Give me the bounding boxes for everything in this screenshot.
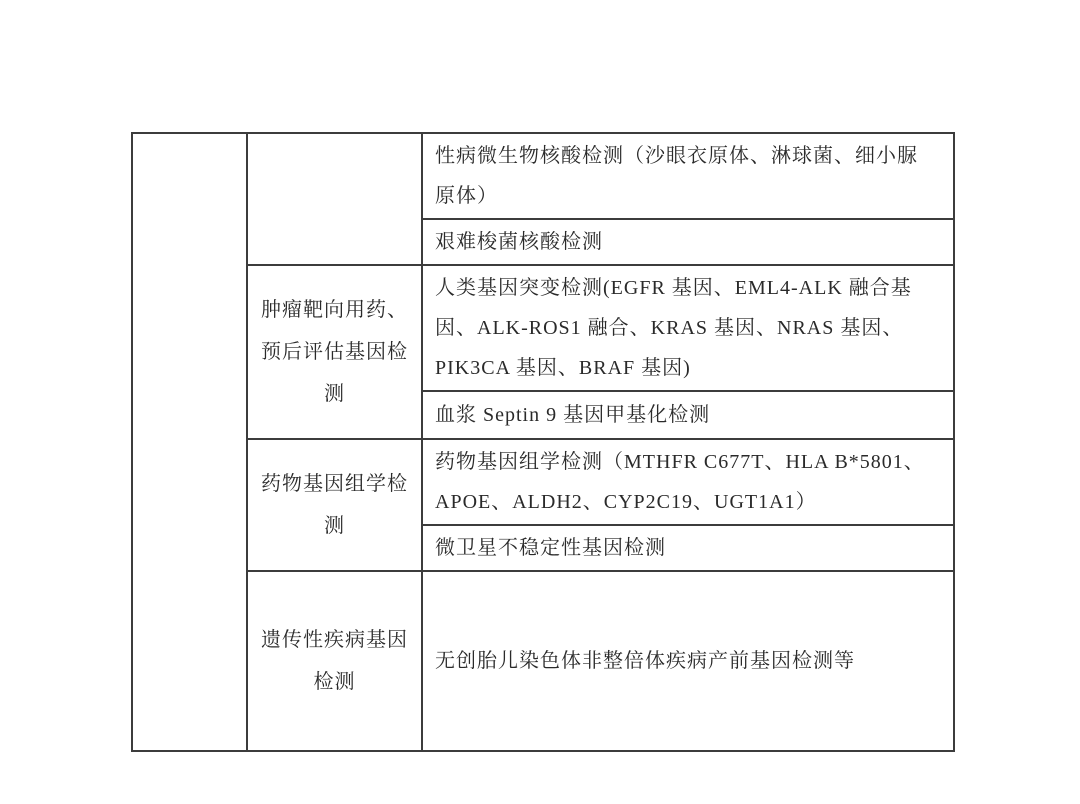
test-item-cell: 血浆 Septin 9 基因甲基化检测 <box>422 391 954 439</box>
gene-testing-table: 性病微生物核酸检测（沙眼衣原体、淋球菌、细小脲原体） 艰难梭菌核酸检测 肿瘤靶向… <box>131 132 955 752</box>
category-cell-tumor-targeted: 肿瘤靶向用药、预后评估基因检测 <box>247 265 422 439</box>
category-cell-hereditary-disease: 遗传性疾病基因检测 <box>247 571 422 751</box>
table-row: 药物基因组学检测 药物基因组学检测（MTHFR C677T、HLA B*5801… <box>132 439 954 525</box>
category-cell-continued <box>247 133 422 265</box>
test-item-cell: 药物基因组学检测（MTHFR C677T、HLA B*5801、APOE、ALD… <box>422 439 954 525</box>
document-page: 性病微生物核酸检测（沙眼衣原体、淋球菌、细小脲原体） 艰难梭菌核酸检测 肿瘤靶向… <box>0 0 1080 804</box>
test-item-cell: 性病微生物核酸检测（沙眼衣原体、淋球菌、细小脲原体） <box>422 133 954 219</box>
test-item-cell: 人类基因突变检测(EGFR 基因、EML4-ALK 融合基因、ALK-ROS1 … <box>422 265 954 391</box>
table-row: 性病微生物核酸检测（沙眼衣原体、淋球菌、细小脲原体） <box>132 133 954 219</box>
test-item-cell: 微卫星不稳定性基因检测 <box>422 525 954 571</box>
test-item-cell: 无创胎儿染色体非整倍体疾病产前基因检测等 <box>422 571 954 751</box>
test-item-cell: 艰难梭菌核酸检测 <box>422 219 954 265</box>
category-cell-pharmacogenomics: 药物基因组学检测 <box>247 439 422 571</box>
outer-category-cell-empty <box>132 133 247 751</box>
table-row: 遗传性疾病基因检测 无创胎儿染色体非整倍体疾病产前基因检测等 <box>132 571 954 751</box>
table-row: 肿瘤靶向用药、预后评估基因检测 人类基因突变检测(EGFR 基因、EML4-AL… <box>132 265 954 391</box>
